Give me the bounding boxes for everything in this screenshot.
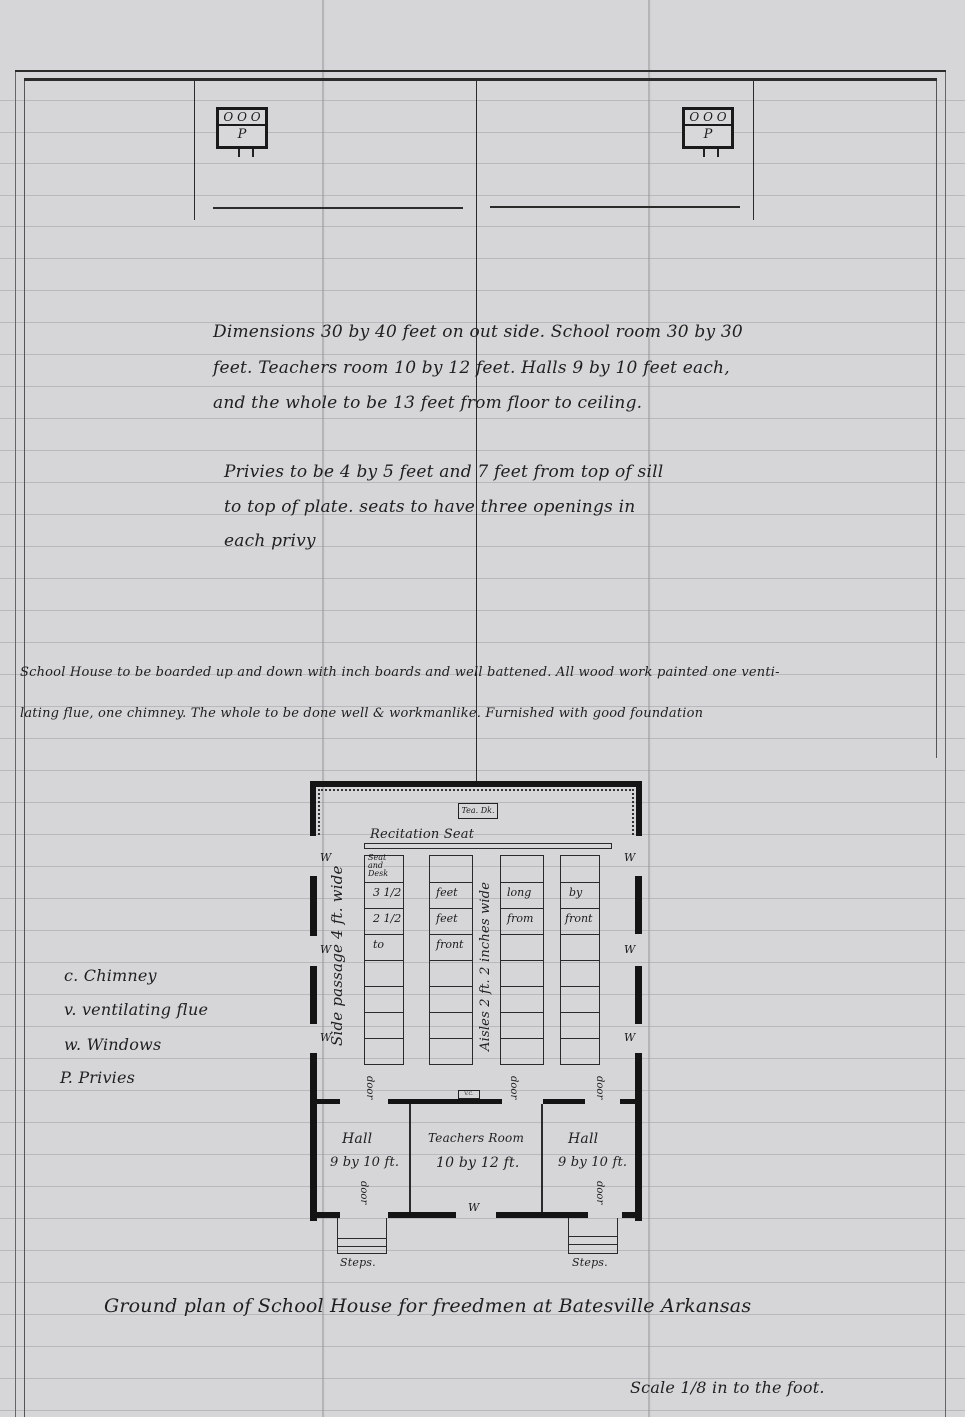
steps-left-label: Steps.	[340, 1256, 376, 1269]
legend-item-windows: w. Windows	[64, 1035, 161, 1054]
legend-item-privies: P. Privies	[60, 1068, 135, 1087]
door-label: door	[508, 1076, 519, 1099]
ruled-line	[0, 258, 965, 259]
desk-cell: front	[436, 938, 463, 951]
door-label: door	[594, 1076, 605, 1099]
window-label: W	[468, 1201, 479, 1214]
steps-right-label: Steps.	[572, 1256, 608, 1269]
note-dimensions-line-1: Dimensions 30 by 40 feet on out side. Sc…	[213, 322, 743, 342]
desk-column: Seat and Desk 3 1/2 2 1/2 to	[364, 855, 404, 1065]
room-hall-left-name: Hall	[342, 1131, 372, 1147]
wall-dotted-inner	[632, 789, 634, 835]
wall-dotted-inner	[318, 789, 634, 791]
privy-left: O O O P	[216, 107, 268, 149]
ruled-line	[0, 546, 965, 547]
legend-label: Privies	[78, 1068, 135, 1087]
note-privies-line-1: Privies to be 4 by 5 feet and 7 feet fro…	[224, 462, 663, 482]
ruled-line	[0, 132, 965, 133]
ruled-line	[0, 450, 965, 451]
note-construction-line-1: School House to be boarded up and down w…	[20, 665, 780, 680]
wall-west	[310, 966, 317, 1024]
desk-cell: feet	[436, 886, 458, 899]
ruled-line	[0, 226, 965, 227]
aisles-label: Aisles 2 ft. 2 inches wide	[478, 861, 493, 1071]
side-passage-label: Side passage 4 ft. wide	[328, 841, 346, 1071]
yard-divider	[213, 207, 463, 209]
desk-cell: 3 1/2	[373, 886, 401, 899]
ruled-line	[0, 386, 965, 387]
legend-label: Chimney	[84, 966, 157, 985]
window-label: W	[624, 943, 635, 956]
wall-east	[635, 966, 642, 1024]
note-dimensions-line-3: and the whole to be 13 feet from floor t…	[213, 393, 642, 413]
ruled-line	[0, 100, 965, 101]
desk-cell: front	[565, 912, 592, 925]
wall-west	[310, 1053, 317, 1221]
ruled-line	[0, 578, 965, 579]
margin-line	[15, 70, 16, 1417]
legend-label: Windows	[87, 1035, 162, 1054]
note-privies-line-3: each privy	[224, 531, 316, 551]
privy-seats: O O O	[685, 110, 731, 126]
privy-right: O O O P	[682, 107, 734, 149]
privy-door	[238, 149, 254, 157]
room-hall-right-size: 9 by 10 ft.	[558, 1155, 627, 1170]
privy-door	[703, 149, 719, 157]
privy-seats: O O O	[219, 110, 265, 126]
partition-wall	[310, 1099, 340, 1104]
yard-fence	[194, 80, 195, 220]
window-label: W	[624, 1031, 635, 1044]
wall-east-top	[636, 781, 642, 836]
desk-column: by front	[560, 855, 600, 1065]
wall-south	[310, 1212, 340, 1218]
ruled-line	[0, 610, 965, 611]
wall-west-top	[310, 781, 316, 836]
note-privies-line-2: to top of plate. seats to have three ope…	[224, 497, 635, 517]
yard-divider	[490, 206, 740, 208]
desk-cell: long	[507, 886, 531, 899]
wall-dotted-inner	[318, 789, 320, 835]
desk-column: long from	[500, 855, 544, 1065]
desk-cell: feet	[436, 912, 458, 925]
door-label: door	[594, 1181, 605, 1204]
ruled-line	[0, 1250, 965, 1251]
window-label: W	[624, 851, 635, 864]
legend-item-chimney: c. Chimney	[64, 966, 157, 985]
ruled-line	[0, 163, 965, 164]
wall-south	[388, 1212, 456, 1218]
wall-north	[310, 781, 642, 787]
room-hall-right-name: Hall	[568, 1131, 598, 1147]
teachers-desk: Tea. Dk.	[458, 803, 498, 819]
top-frame-line	[15, 70, 946, 72]
legend-key: w.	[64, 1035, 81, 1054]
seat-desk-header: Seat and Desk	[368, 854, 388, 878]
document-sheet: O O O P O O O P Dimensions 30 by 40 feet…	[0, 0, 965, 1417]
ruled-line	[0, 1346, 965, 1347]
recitation-seat	[364, 843, 612, 849]
privy-label: P	[685, 126, 731, 144]
legend-key: c.	[64, 966, 78, 985]
room-hall-left-size: 9 by 10 ft.	[330, 1155, 399, 1170]
wall-west	[310, 876, 317, 936]
ruled-line	[0, 642, 965, 643]
legend-item-ventilating-flue: v. ventilating flue	[64, 1000, 208, 1019]
desk-cell: from	[507, 912, 533, 925]
wall-east	[635, 876, 642, 934]
desk-cell: to	[373, 938, 384, 951]
ruled-line	[0, 418, 965, 419]
plan-scale: Scale 1/8 in to the foot.	[630, 1378, 825, 1397]
room-divider	[409, 1104, 411, 1214]
partition-wall	[543, 1099, 585, 1104]
ruled-line	[0, 482, 965, 483]
steps-right	[568, 1218, 618, 1254]
plan-title: Ground plan of School House for freedmen…	[104, 1295, 751, 1317]
door-label: door	[364, 1076, 375, 1099]
ruled-line	[0, 290, 965, 291]
ventilating-chimney-box: V.C.	[458, 1090, 480, 1099]
ruled-line	[0, 738, 965, 739]
wall-south	[622, 1212, 642, 1218]
partition-wall	[620, 1099, 642, 1104]
top-frame-line	[24, 78, 937, 81]
partition-wall	[388, 1099, 502, 1104]
wall-east	[635, 1053, 642, 1221]
legend-key: v.	[64, 1000, 77, 1019]
yard-fence	[753, 80, 754, 220]
margin-line	[936, 78, 937, 758]
ruled-line	[0, 354, 965, 355]
legend-label: ventilating flue	[82, 1000, 208, 1019]
door-label: door	[358, 1181, 369, 1204]
privy-label: P	[219, 126, 265, 144]
note-construction-line-2: lating flue, one chimney. The whole to b…	[20, 706, 703, 721]
ruled-line	[0, 770, 965, 771]
steps-left	[337, 1218, 387, 1254]
desk-cell: by	[569, 886, 582, 899]
room-divider	[541, 1104, 543, 1214]
ruled-line	[0, 1282, 965, 1283]
room-teachers-name: Teachers Room	[428, 1131, 524, 1145]
note-dimensions-line-2: feet. Teachers room 10 by 12 feet. Halls…	[213, 358, 730, 378]
ruled-line	[0, 1410, 965, 1411]
legend-key: P.	[60, 1068, 73, 1087]
floor-plan: W W W W W W Tea. Dk. Recitation Seat Sea…	[310, 781, 642, 1219]
margin-line	[24, 78, 25, 1417]
margin-line	[945, 70, 946, 1417]
ruled-line	[0, 195, 965, 196]
desk-cell: 2 1/2	[373, 912, 401, 925]
desk-column: feet feet front	[429, 855, 473, 1065]
room-teachers-size: 10 by 12 ft.	[436, 1155, 520, 1171]
recitation-seat-label: Recitation Seat	[370, 827, 474, 842]
